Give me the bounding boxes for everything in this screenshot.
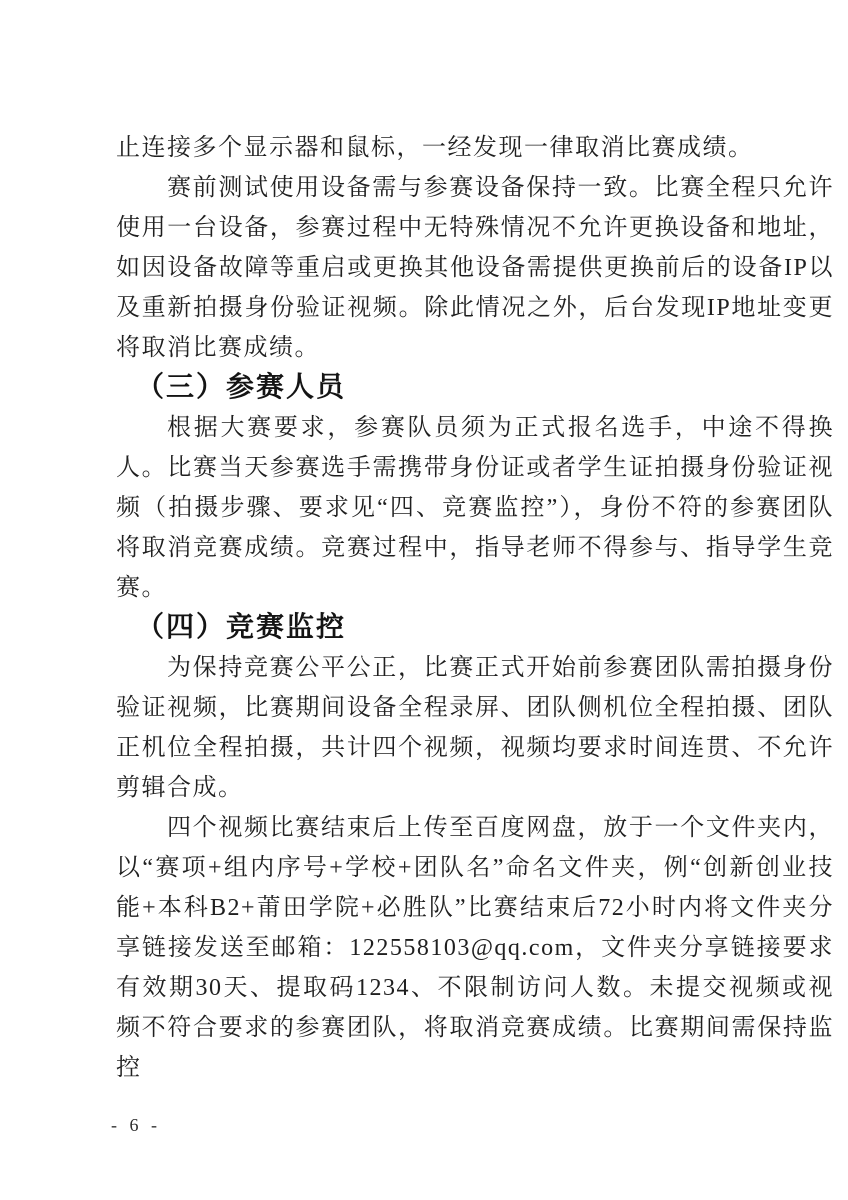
page-number: - 6 - (111, 1112, 161, 1138)
document-page: 止连接多个显示器和鼠标，一经发现一律取消比赛成绩。 赛前测试使用设备需与参赛设备… (0, 0, 848, 1200)
paragraph-continuation: 止连接多个显示器和鼠标，一经发现一律取消比赛成绩。 (116, 128, 834, 168)
section-heading-participants: （三）参赛人员 (116, 368, 834, 408)
document-body: 止连接多个显示器和鼠标，一经发现一律取消比赛成绩。 赛前测试使用设备需与参赛设备… (116, 128, 834, 1088)
paragraph-video-submission: 四个视频比赛结束后上传至百度网盘，放于一个文件夹内，以“赛项+组内序号+学校+团… (116, 808, 834, 1088)
paragraph-participants: 根据大赛要求，参赛队员须为正式报名选手，中途不得换人。比赛当天参赛选手需携带身份… (116, 408, 834, 608)
paragraph-equipment-rules: 赛前测试使用设备需与参赛设备保持一致。比赛全程只允许使用一台设备，参赛过程中无特… (116, 168, 834, 368)
section-heading-monitoring: （四）竞赛监控 (116, 608, 834, 648)
paragraph-monitoring: 为保持竞赛公平公正，比赛正式开始前参赛团队需拍摄身份验证视频，比赛期间设备全程录… (116, 648, 834, 808)
